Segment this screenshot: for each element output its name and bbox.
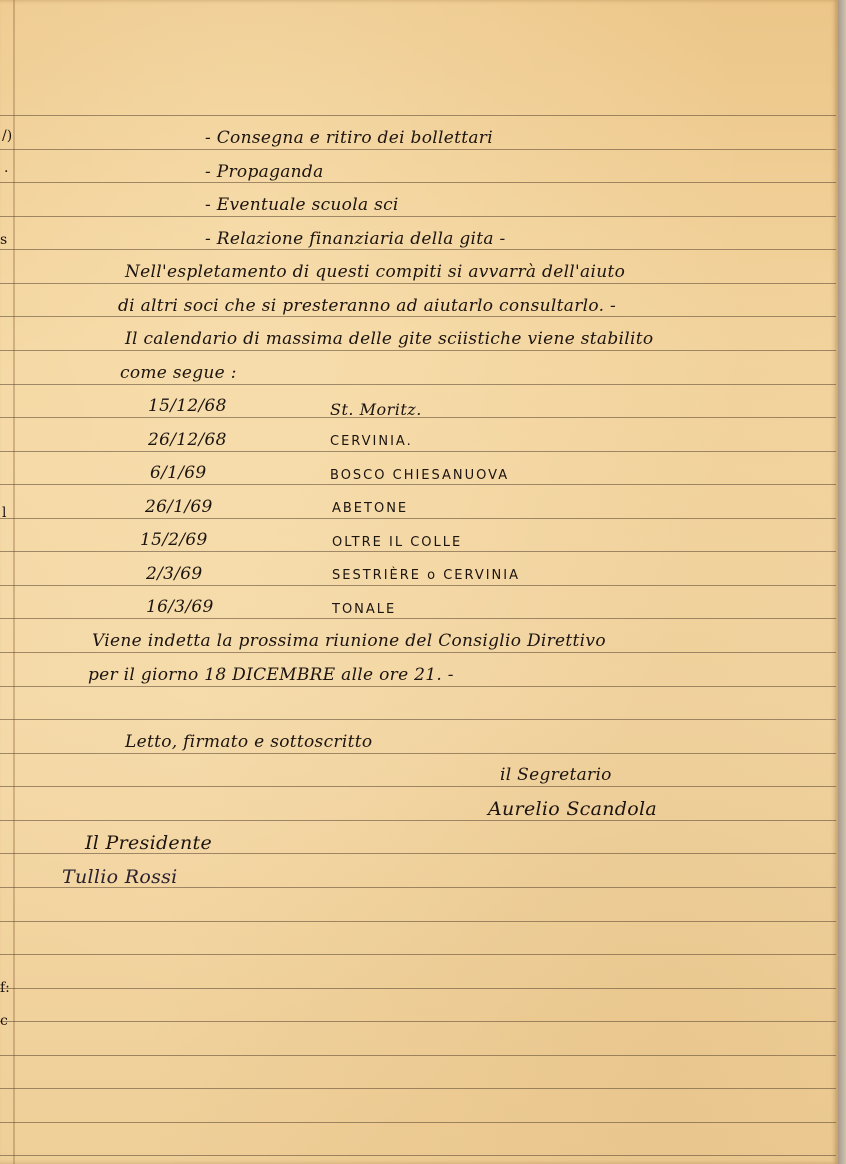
trip-destination: ABETONE [332,501,408,516]
ruled-line [0,820,836,821]
ruled-line [0,686,836,687]
ruled-line [0,316,836,317]
ruled-line [0,283,836,284]
paragraph-line: per il giorno 18 DICEMBRE alle ore 21. - [88,665,454,685]
ruled-line [0,484,836,485]
trip-destination: BOSCO CHIESANUOVA [330,468,509,483]
ruled-line [0,451,836,452]
trip-destination: CERVINIA. [330,434,413,449]
ruled-line [0,988,836,989]
ruled-line [0,954,836,955]
ruled-line [0,1088,836,1089]
ruled-line [0,921,836,922]
ruled-line [0,182,836,183]
ruled-line [0,1122,836,1123]
ruled-line [0,1155,836,1156]
trip-date: 15/12/68 [148,396,227,416]
ruled-line [0,585,836,586]
paragraph-line: Viene indetta la prossima riunione del C… [92,631,606,651]
president-signature: Tullio Rossi [62,866,178,888]
page-edge [838,0,846,1164]
trip-date: 6/1/69 [150,463,207,483]
ruled-line [0,350,836,351]
president-title: Il Presidente [85,832,212,854]
notebook-page: /) . s l f: c - Consegna e ritiro dei bo… [0,0,838,1164]
ruled-line [0,786,836,787]
trip-date: 26/1/69 [145,497,213,517]
ruled-line [0,719,836,720]
trip-destination: OLTRE IL COLLE [332,535,462,550]
paragraph-line: Il calendario di massima delle gite scii… [125,329,653,349]
margin-mark: c [0,1013,8,1029]
ruled-line [0,551,836,552]
ruled-line [0,518,836,519]
ruled-line [0,618,836,619]
task-item: - Relazione finanziaria della gita - [205,229,506,249]
ruled-line [0,115,836,116]
margin-mark: . [4,160,8,176]
margin-mark: /) [2,128,12,144]
ruled-line [0,753,836,754]
paragraph-line: Nell'espletamento di questi compiti si a… [125,262,625,282]
trip-destination: TONALE [332,602,396,617]
ruled-line [0,216,836,217]
ruled-line [0,249,836,250]
trip-destination: St. Moritz. [330,400,422,419]
task-item: - Eventuale scuola sci [205,195,399,215]
paragraph-line: come segue : [120,363,237,383]
secretary-title: il Segretario [500,765,612,785]
ruled-line [0,652,836,653]
secretary-signature: Aurelio Scandola [488,798,657,820]
ruled-line [0,1055,836,1056]
trip-date: 2/3/69 [146,564,203,584]
trip-destination: SESTRIÈRE o CERVINIA [332,568,520,583]
trip-date: 16/3/69 [146,597,214,617]
margin-mark: f: [0,980,10,996]
margin-line [13,0,15,1164]
trip-date: 26/12/68 [148,430,227,450]
ruled-line [0,384,836,385]
ruled-line [0,149,836,150]
task-item: - Propaganda [205,162,324,182]
trip-date: 15/2/69 [140,530,208,550]
closing-formula: Letto, firmato e sottoscritto [125,732,372,752]
margin-mark: l [2,505,6,521]
margin-mark: s [0,232,7,248]
ruled-line [0,1021,836,1022]
paragraph-line: di altri soci che si presteranno ad aiut… [118,296,616,316]
task-item: - Consegna e ritiro dei bollettari [205,128,493,148]
